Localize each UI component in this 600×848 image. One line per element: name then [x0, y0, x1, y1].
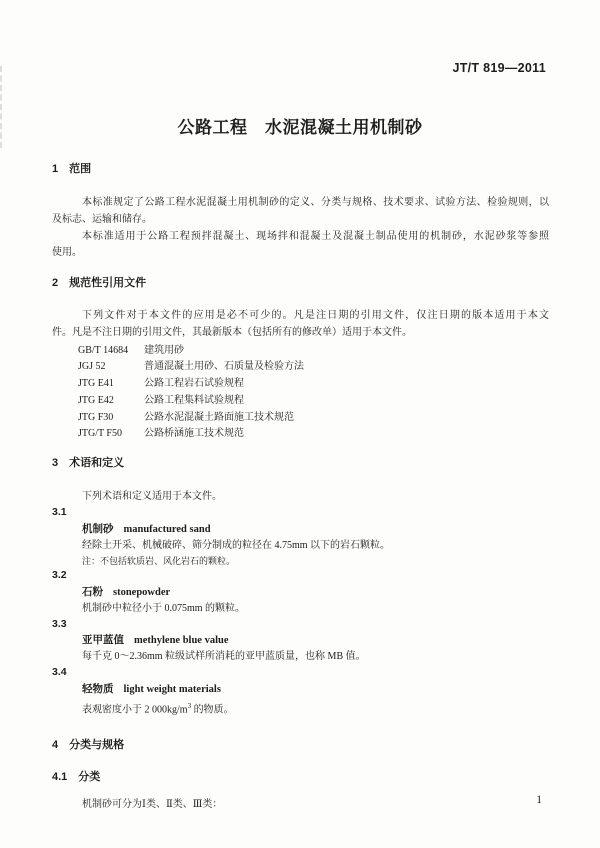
section-label: 分类: [78, 771, 100, 783]
term-definition: 表观密度小于 2 000kg/m3 的物质。: [52, 698, 549, 718]
reference-title: 公路工程集料试验规程: [144, 395, 244, 406]
reference-code: JTG F30: [78, 410, 144, 427]
term-entry-title: 轻物质light weight materials: [52, 681, 549, 698]
definition-text: 表观密度小于 2 000kg/m: [82, 704, 188, 715]
section-number: 3: [52, 457, 58, 469]
reference-list: GB/T 14684建筑用砂 JGJ 52普通混凝土用砂、石质量及检验方法 JT…: [52, 343, 549, 443]
references-intro: 下列文件对于本文件的应用是必不可少的。凡是注日期的引用文件，仅注日期的版本适用于…: [52, 308, 549, 342]
term-entry: 3.1 机制砂manufactured sand 经除土开采、机械破碎、筛分制成…: [52, 505, 549, 568]
term-zh: 亚甲蓝值: [82, 634, 124, 646]
section-heading-scope: 1范围: [52, 161, 549, 178]
reference-code: JTG E42: [78, 393, 144, 410]
term-entry-title: 亚甲蓝值methylene blue value: [52, 632, 549, 649]
terms-intro: 下列术语和定义适用于本文件。: [52, 488, 549, 505]
body-line: 使用。: [52, 245, 549, 262]
body-line: 下列文件对于本文件的应用是必不可少的。凡是注日期的引用文件，仅注日期的版本适用于…: [52, 308, 549, 325]
reference-item: GB/T 14684建筑用砂: [52, 343, 549, 360]
term-entry-number: 3.3: [52, 617, 549, 633]
term-zh: 机制砂: [82, 523, 114, 535]
term-entry: 3.4 轻物质light weight materials 表观密度小于 2 0…: [52, 665, 549, 718]
standard-number: JT/T 819—2011: [452, 61, 546, 75]
document-title: 公路工程 水泥混凝土用机制砂: [0, 113, 600, 138]
reference-code: JTG/T F50: [78, 426, 144, 443]
section-label: 规范性引用文件: [69, 277, 146, 289]
reference-code: JTG E41: [78, 376, 144, 393]
body-line: 及标志、运输和储存。: [52, 212, 549, 229]
reference-title: 公路水泥混凝土路面施工技术规范: [144, 412, 294, 423]
scope-paragraphs: 本标准规定了公路工程水泥混凝土用机制砂的定义、分类与规格、技术要求、试验方法、检…: [52, 195, 549, 262]
body-line: 本标准适用于公路工程预拌混凝土、现场拌和混凝土及混凝土制品使用的机制砂，水泥砂浆…: [52, 229, 549, 246]
reference-item: JTG E42公路工程集料试验规程: [52, 393, 549, 410]
term-entry-number: 3.2: [52, 568, 549, 584]
reference-code: GB/T 14684: [78, 343, 144, 360]
section-label: 分类与规格: [69, 739, 124, 751]
definition-text: 的物质。: [191, 704, 234, 715]
section-label: 范围: [69, 163, 91, 175]
term-definition: 每千克 0～2.36mm 粒级试样所消耗的亚甲蓝质量，也称 MB 值。: [52, 649, 549, 665]
section-number: 2: [52, 277, 58, 289]
reference-title: 公路工程岩石试验规程: [144, 378, 244, 389]
classification-body: 机制砂可分为Ⅰ类、Ⅱ类、Ⅲ类：: [52, 796, 549, 813]
reference-title: 公路桥涵施工技术规范: [144, 428, 244, 439]
term-en: light weight materials: [124, 684, 221, 695]
section-heading-terms: 3术语和定义: [52, 455, 549, 472]
term-zh: 轻物质: [82, 683, 114, 695]
reference-title: 建筑用砂: [144, 345, 184, 356]
section-number: 1: [52, 163, 58, 175]
section-label: 术语和定义: [69, 457, 124, 469]
term-entry-number: 3.4: [52, 665, 549, 681]
term-entry: 3.3 亚甲蓝值methylene blue value 每千克 0～2.36m…: [52, 617, 549, 666]
term-definition: 机制砂中粒径小于 0.075mm 的颗粒。: [52, 601, 549, 617]
subsection-heading-classification: 4.1分类: [52, 769, 549, 786]
reference-title: 普通混凝土用砂、石质量及检验方法: [144, 361, 304, 372]
reference-item: JTG E41公路工程岩石试验规程: [52, 376, 549, 393]
body-line: 本标准规定了公路工程水泥混凝土用机制砂的定义、分类与规格、技术要求、试验方法、检…: [52, 195, 549, 212]
term-note: 注：不包括软质岩、风化岩石的颗粒。: [52, 554, 549, 569]
reference-item: JTG/T F50公路桥涵施工技术规范: [52, 426, 549, 443]
section-number: 4: [52, 739, 58, 751]
term-en: manufactured sand: [124, 524, 211, 535]
term-en: stonepowder: [113, 587, 170, 598]
term-entry: 3.2 石粉stonepowder 机制砂中粒径小于 0.075mm 的颗粒。: [52, 568, 549, 617]
page-number: 1: [536, 794, 542, 806]
section-number: 4.1: [52, 771, 67, 783]
term-definition: 经除土开采、机械破碎、筛分制成的粒径在 4.75mm 以下的岩石颗粒。: [52, 538, 549, 554]
term-entry-title: 机制砂manufactured sand: [52, 521, 549, 538]
term-entry-number: 3.1: [52, 505, 549, 521]
document-body: 1范围 本标准规定了公路工程水泥混凝土用机制砂的定义、分类与规格、技术要求、试验…: [52, 161, 549, 813]
body-line: 件。凡是不注日期的引用文件，其最新版本（包括所有的修改单）适用于本文件。: [52, 325, 549, 342]
reference-code: JGJ 52: [78, 359, 144, 376]
term-zh: 石粉: [82, 586, 103, 598]
term-en: methylene blue value: [134, 635, 229, 646]
term-entry-title: 石粉stonepowder: [52, 584, 549, 601]
reference-item: JGJ 52普通混凝土用砂、石质量及检验方法: [52, 359, 549, 376]
section-heading-classification: 4分类与规格: [52, 737, 549, 754]
reference-item: JTG F30公路水泥混凝土路面施工技术规范: [52, 410, 549, 427]
section-heading-references: 2规范性引用文件: [52, 275, 549, 292]
document-page: JT/T 819—2011 公路工程 水泥混凝土用机制砂 1范围 本标准规定了公…: [0, 0, 600, 848]
